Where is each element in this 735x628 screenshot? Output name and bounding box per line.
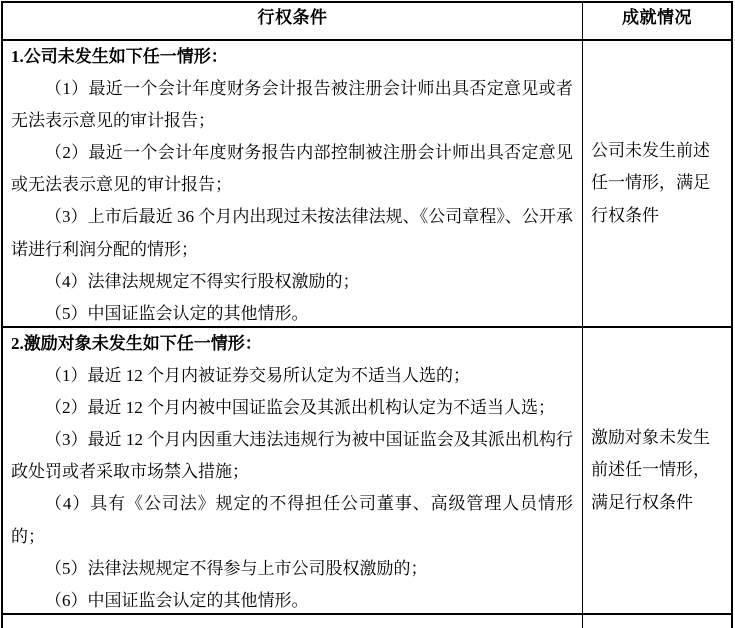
- row-company-status: 公司未发生前述任一情形，满足行权条件: [582, 41, 731, 328]
- condition-item: （6）中国证监会认定的其他情形。: [11, 585, 573, 615]
- status-text: 激励对象未发生前述任一情形，满足行权条件: [591, 422, 723, 519]
- header-achievement-status-label: 成就情况: [622, 3, 692, 33]
- condition-item: （2）最近一个会计年度财务报告内部控制被注册会计师出具否定意见或无法表示意见的审…: [11, 137, 573, 201]
- condition-title: 1.公司未发生如下任一情形：: [11, 41, 573, 73]
- row-company-conditions: 1.公司未发生如下任一情形： （1）最近一个会计年度财务会计报告被注册会计师出具…: [3, 41, 582, 328]
- condition-title: 2.激励对象未发生如下任一情形：: [11, 328, 573, 360]
- condition-item: （3）最近 12 个月内因重大违法违规行为被中国证监会及其派出机构行政处罚或者采…: [11, 424, 573, 488]
- condition-item: （5）法律法规规定不得参与上市公司股权激励的；: [11, 553, 573, 585]
- condition-item: （5）中国证监会认定的其他情形。: [11, 298, 573, 328]
- condition-item: （4）具有《公司法》规定的不得担任公司董事、高级管理人员情形的；: [11, 488, 573, 552]
- header-exercise-conditions: 行权条件: [3, 3, 582, 41]
- row-recipient-status: 激励对象未发生前述任一情形，满足行权条件: [582, 328, 731, 615]
- condition-item: （1）最近一个会计年度财务会计报告被注册会计师出具否定意见或者无法表示意见的审计…: [11, 73, 573, 137]
- conditions-table: 行权条件 成就情况 1.公司未发生如下任一情形： （1）最近一个会计年度财务会计…: [1, 1, 733, 628]
- partial-next-row-left: [3, 615, 582, 628]
- document-page: 行权条件 成就情况 1.公司未发生如下任一情形： （1）最近一个会计年度财务会计…: [0, 0, 735, 628]
- header-achievement-status: 成就情况: [582, 3, 731, 41]
- status-text: 公司未发生前述任一情形，满足行权条件: [591, 135, 723, 232]
- condition-item: （4）法律法规规定不得实行股权激励的；: [11, 266, 573, 298]
- condition-item: （3）上市后最近 36 个月内出现过未按法律法规、《公司章程》、公开承诺进行利润…: [11, 201, 573, 265]
- partial-next-row-right: [582, 615, 731, 628]
- condition-item: （2）最近 12 个月内被中国证监会及其派出机构认定为不适当人选；: [11, 392, 573, 424]
- row-recipient-conditions: 2.激励对象未发生如下任一情形： （1）最近 12 个月内被证券交易所认定为不适…: [3, 328, 582, 615]
- condition-item: （1）最近 12 个月内被证券交易所认定为不适当人选的；: [11, 360, 573, 392]
- header-exercise-conditions-label: 行权条件: [258, 3, 328, 33]
